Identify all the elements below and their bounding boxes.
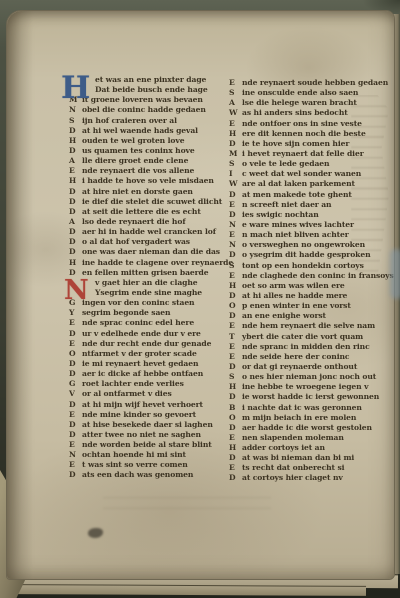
line-initial-letter: N xyxy=(69,105,82,115)
text-column-left: et was an ene pinxter dageDat beide busc… xyxy=(69,75,229,481)
line-text: aer hi in hadde wel crancken lof xyxy=(82,227,216,236)
line-initial-letter: D xyxy=(69,359,82,369)
verse-line: Ontfarmet v der groter scade xyxy=(69,349,229,359)
line-text: ts recht dat onberecht si xyxy=(242,463,344,472)
verse-line: Nobel die coninc hadde gedaen xyxy=(69,105,229,115)
line-text: nde seide here der coninc xyxy=(242,352,349,361)
line-text: nde hem reynaert die selve nam xyxy=(242,321,375,330)
verse-line: Daer ic dicke af hebbe ontfaen xyxy=(69,369,229,379)
line-text: o nes hier nieman jonc noch out xyxy=(242,372,376,381)
line-initial-letter: O xyxy=(69,349,82,359)
line-initial-letter: D xyxy=(69,227,82,237)
line-text: it groene loveren was bevaen xyxy=(82,95,203,104)
verse-line: Hoet so arm was wilen ere xyxy=(229,281,397,291)
verse-line: Hine hadde te clagene over reynaerde xyxy=(69,258,229,268)
line-text: lse die helege waren bracht xyxy=(242,98,357,107)
line-text: ine onsculde ende also saen xyxy=(242,88,358,97)
line-initial-letter: V xyxy=(69,389,82,399)
verse-line: Dat hi mijn wijf hevet verhoert xyxy=(69,400,229,410)
line-initial-letter: N xyxy=(229,220,242,230)
verse-line: Et was sint so verre comen xyxy=(69,460,229,470)
line-initial-letter: O xyxy=(229,413,242,423)
line-text: nde ontfoer ons in sine veste xyxy=(242,119,362,128)
line-text: c weet dat wel sonder wanen xyxy=(242,169,361,178)
line-initial-letter: E xyxy=(69,440,82,450)
verse-line: v gaet hier an die claghe xyxy=(69,278,229,288)
line-text: nde mine kinder so gevoert xyxy=(82,410,196,419)
blue-initial-show-through xyxy=(390,249,400,299)
line-initial-letter: E xyxy=(229,342,242,352)
line-text: nen slapenden moleman xyxy=(242,433,344,442)
verse-line: Op enen winter in ene vorst xyxy=(229,301,397,311)
line-text: ouden te wel groten love xyxy=(82,136,184,145)
verse-line: Daer hadde ic die worst gestolen xyxy=(229,423,397,433)
line-text: segrim begonde saen xyxy=(82,308,170,317)
line-text: nde reynaert die vos allene xyxy=(82,166,194,175)
line-text: at hi alles ne hadde mere xyxy=(242,291,347,300)
line-initial-letter: D xyxy=(229,473,242,483)
line-text: nde spranc in midden den rinc xyxy=(242,342,370,351)
line-initial-letter: D xyxy=(69,187,82,197)
verse-line: Dat hire niet en dorste gaen xyxy=(69,187,229,197)
line-text: ies swigic nochtan xyxy=(242,210,319,219)
line-text: at hi mijn wijf hevet verhoert xyxy=(82,400,203,409)
verse-line: Nochtan hoende hi mi sint xyxy=(69,450,229,460)
line-initial-letter: S xyxy=(229,261,242,271)
verse-line: Dat cortoys hier claget nv xyxy=(229,473,397,483)
line-text: m mijn beiach in ere molen xyxy=(242,413,356,422)
verse-line: Dat seit die lettere die es echt xyxy=(69,207,229,217)
verse-line: Datter twee no niet ne saghen xyxy=(69,430,229,440)
verse-line: Hi hadde te hove so vele misdaen xyxy=(69,176,229,186)
line-initial-letter: N xyxy=(229,240,242,250)
verse-line: Ende sprac coninc edel here xyxy=(69,318,229,328)
verse-line: Houden te wel groten love xyxy=(69,136,229,146)
line-text: obel die coninc hadde gedaen xyxy=(82,105,206,114)
line-initial-letter: H xyxy=(229,443,242,453)
verse-line: Do al dat hof vergadert was xyxy=(69,237,229,247)
line-initial-letter: D xyxy=(69,470,82,480)
line-text: at cortoys hier claget nv xyxy=(242,473,343,482)
line-initial-letter: D xyxy=(69,329,82,339)
line-text: ere dit kennen noch die beste xyxy=(242,129,366,138)
line-initial-letter: A xyxy=(69,217,82,227)
verse-line: Dor dat gi reynaerde onthout xyxy=(229,362,397,372)
line-initial-letter: D xyxy=(229,139,242,149)
line-initial-letter: E xyxy=(229,321,242,331)
line-text: o versweghen no ongewroken xyxy=(242,240,365,249)
line-text: n mach niet bliven achter xyxy=(242,230,349,239)
line-initial-letter: D xyxy=(229,392,242,402)
verse-line: Ende spranc in midden den rinc xyxy=(229,342,397,352)
verse-line: Enen slapenden moleman xyxy=(229,433,397,443)
line-initial-letter: T xyxy=(229,332,242,342)
line-text: are al dat laken parkement xyxy=(242,179,355,188)
line-text: as hi anders sins bedocht xyxy=(242,108,348,117)
line-initial-letter: I xyxy=(229,169,242,179)
line-initial-letter: D xyxy=(229,311,242,321)
verse-line: Hadder cortoys iet an xyxy=(229,443,397,453)
line-text: oet so arm was wilen ere xyxy=(242,281,345,290)
line-initial-letter: E xyxy=(229,78,242,88)
line-text: nde worden beide al stare blint xyxy=(82,440,212,449)
verse-line: Dat hise besekede daer si laghen xyxy=(69,420,229,430)
line-initial-letter: S xyxy=(69,116,82,126)
line-initial-letter: D xyxy=(229,423,242,433)
verse-line: Den fellen mitten grisen baerde xyxy=(69,268,229,278)
line-initial-letter: A xyxy=(229,98,242,108)
line-text: ntfarmet v der groter scade xyxy=(82,349,197,358)
verse-line: Ysegrim ende sine maghe xyxy=(69,288,229,298)
line-initial-letter: H xyxy=(229,382,242,392)
line-text: at hi wel waende hads geval xyxy=(82,126,198,135)
line-text: an ene enighe worst xyxy=(242,311,326,320)
line-initial-letter: H xyxy=(69,176,82,186)
line-initial-letter: B xyxy=(229,403,242,413)
line-initial-letter: D xyxy=(69,420,82,430)
line-initial-letter: E xyxy=(69,410,82,420)
line-text: adder cortoys iet an xyxy=(242,443,325,452)
line-text: lso dede reynaert die hof xyxy=(82,217,186,226)
line-initial-letter: E xyxy=(229,200,242,210)
verse-line: Ende hem reynaert die selve nam xyxy=(229,321,397,331)
verse-line: Done was daer nieman dan die das xyxy=(69,247,229,257)
show-through-text-bottom-margin xyxy=(103,497,271,517)
line-initial-letter: H xyxy=(69,136,82,146)
line-text: atter twee no niet ne saghen xyxy=(82,430,201,439)
line-text: at men makede tote ghent xyxy=(242,190,352,199)
verse-line: Alle diere groet ende clene xyxy=(69,156,229,166)
verse-line: Dus quamen tes coninx hove xyxy=(69,146,229,156)
line-initial-letter: O xyxy=(229,301,242,311)
line-text: e ware mines wives lachter xyxy=(242,220,354,229)
line-text: i nachte dat ic was geronnen xyxy=(242,403,362,412)
verse-line: Die worst hadde ic ierst gewonnen xyxy=(229,392,397,402)
verse-line: Mit groene loveren was bevaen xyxy=(69,95,229,105)
verse-line: Ende seide here der coninc xyxy=(229,352,397,362)
line-text: i hadde te hove so vele misdaen xyxy=(82,176,214,185)
verse-line: Ende reynaert die vos allene xyxy=(69,166,229,176)
line-initial-letter: E xyxy=(229,433,242,443)
line-text: ur v edelhede ende dur v ere xyxy=(82,329,201,338)
verse-line: Ysegrim begonde saen xyxy=(69,308,229,318)
line-initial-letter: N xyxy=(69,450,82,460)
verse-line: Dat hi wel waende hads geval xyxy=(69,126,229,136)
line-initial-letter: H xyxy=(229,281,242,291)
line-initial-letter: D xyxy=(229,453,242,463)
verse-line: So nes hier nieman jonc noch out xyxy=(229,372,397,382)
line-text: ats een dach was genomen xyxy=(82,470,193,479)
line-text: t was sint so verre comen xyxy=(82,460,188,469)
verse-line: Dat was bi nieman dan bi mi xyxy=(229,453,397,463)
page-stack-bottom-edge-2 xyxy=(16,584,366,596)
ink-blot xyxy=(88,528,103,538)
line-initial-letter: E xyxy=(229,463,242,473)
line-initial-letter: E xyxy=(69,460,82,470)
line-initial-letter: E xyxy=(229,352,242,362)
verse-line: Hine hebbe te wroegene iegen v xyxy=(229,382,397,392)
drop-cap-blue-H: H xyxy=(61,73,90,103)
line-initial-letter: M xyxy=(229,149,242,159)
line-text: aer ic dicke af hebbe ontfaen xyxy=(82,369,203,378)
line-initial-letter: D xyxy=(69,207,82,217)
line-initial-letter: D xyxy=(229,210,242,220)
line-initial-letter: H xyxy=(229,129,242,139)
line-text: at seit die lettere die es echt xyxy=(82,207,201,216)
line-text: nde dur recht ende dur genade xyxy=(82,339,211,348)
line-text: ie te hove sijn comen hier xyxy=(242,139,349,148)
line-initial-letter: S xyxy=(229,159,242,169)
verse-line: Sijn hof craieren over al xyxy=(69,116,229,126)
line-text: nde sprac coninc edel here xyxy=(82,318,194,327)
line-initial-letter: E xyxy=(229,271,242,281)
line-text: ochtan hoende hi mi sint xyxy=(82,450,186,459)
line-initial-letter: D xyxy=(69,126,82,136)
line-text: at was bi nieman dan bi mi xyxy=(242,453,354,462)
manuscript-photo: et was an ene pinxter dageDat beide busc… xyxy=(0,0,400,598)
line-text: nde reynaert soude hebben gedaen xyxy=(242,78,388,87)
line-text: ine hebbe te wroegene iegen v xyxy=(242,382,368,391)
line-initial-letter: E xyxy=(229,230,242,240)
verse-line: Dan ene enighe worst xyxy=(229,311,397,321)
verse-line: et was an ene pinxter dage xyxy=(69,75,229,85)
verse-line: Ende worden beide al stare blint xyxy=(69,440,229,450)
line-text: en fellen mitten grisen baerde xyxy=(82,268,208,277)
line-text: us quamen tes coninx hove xyxy=(82,146,195,155)
line-initial-letter: E xyxy=(69,318,82,328)
verse-line: Die mi reynaert hevet gedaen xyxy=(69,359,229,369)
verse-line: Dat beide busch ende hage xyxy=(69,85,229,95)
line-initial-letter: D xyxy=(69,146,82,156)
verse-line: Ets recht dat onberecht si xyxy=(229,463,397,473)
line-text: or al ontfarmet v dies xyxy=(82,389,172,398)
verse-line: Om mijn beiach in ere molen xyxy=(229,413,397,423)
line-initial-letter: D xyxy=(69,247,82,257)
line-initial-letter: W xyxy=(229,108,242,118)
verse-line: Dur v edelhede ende dur v ere xyxy=(69,329,229,339)
line-text: lle diere groet ende clene xyxy=(82,156,188,165)
line-initial-letter: D xyxy=(69,237,82,247)
verse-line: Ende dur recht ende dur genade xyxy=(69,339,229,349)
line-initial-letter: D xyxy=(229,291,242,301)
line-text: ingen vor den coninc staen xyxy=(82,298,194,307)
line-initial-letter: Y xyxy=(69,308,82,318)
line-initial-letter: E xyxy=(69,339,82,349)
verse-line: Bi nachte dat ic was geronnen xyxy=(229,403,397,413)
manuscript-page: et was an ene pinxter dageDat beide busc… xyxy=(6,10,395,580)
line-initial-letter: D xyxy=(229,250,242,260)
verse-line: Also dede reynaert die hof xyxy=(69,217,229,227)
line-text: i hevet reynaert dat felle dier xyxy=(242,149,364,158)
line-text: ie mi reynaert hevet gedaen xyxy=(82,359,198,368)
line-text: at hire niet en dorste gaen xyxy=(82,187,193,196)
verse-line: Gingen vor den coninc staen xyxy=(69,298,229,308)
line-text: or dat gi reynaerde onthout xyxy=(242,362,357,371)
line-text: p enen winter in ene vorst xyxy=(242,301,351,310)
line-initial-letter: A xyxy=(69,156,82,166)
line-text: roet lachter ende verlies xyxy=(82,379,184,388)
line-initial-letter: H xyxy=(69,258,82,268)
line-text: o al dat hof vergadert was xyxy=(82,237,190,246)
line-initial-letter: D xyxy=(69,430,82,440)
line-text: n screeft niet daer an xyxy=(242,200,331,209)
line-initial-letter: D xyxy=(69,400,82,410)
line-initial-letter: G xyxy=(69,379,82,389)
verse-line: Ende mine kinder so gevoert xyxy=(69,410,229,420)
line-initial-letter: D xyxy=(229,190,242,200)
verse-line: Tybert die cater die vort quam xyxy=(229,332,397,342)
line-initial-letter: S xyxy=(229,372,242,382)
verse-line: Dats een dach was genomen xyxy=(69,470,229,480)
verse-line: Groet lachter ende verlies xyxy=(69,379,229,389)
line-initial-letter: E xyxy=(69,166,82,176)
line-text: at hise besekede daer si laghen xyxy=(82,420,213,429)
line-initial-letter: D xyxy=(69,369,82,379)
line-text: one was daer nieman dan die das xyxy=(82,247,220,256)
verse-line: Daer hi in hadde wel crancken lof xyxy=(69,227,229,237)
line-text: aer hadde ic die worst gestolen xyxy=(242,423,372,432)
line-initial-letter: W xyxy=(229,179,242,189)
line-text: tont op een hondekin cortoys xyxy=(242,261,364,270)
verse-line: Die dief die stelet die scuwet dlicht xyxy=(69,197,229,207)
line-text: o vele te lede gedaen xyxy=(242,159,329,168)
verse-line: Vor al ontfarmet v dies xyxy=(69,389,229,399)
gutter-shadow xyxy=(7,11,33,579)
line-text: ie dief die stelet die scuwet dlicht xyxy=(82,197,222,206)
verse-line: Dat hi alles ne hadde mere xyxy=(229,291,397,301)
line-initial-letter: E xyxy=(229,119,242,129)
line-initial-letter: D xyxy=(69,197,82,207)
verse-line: Ende reynaert soude hebben gedaen xyxy=(229,78,397,88)
line-initial-letter: D xyxy=(229,362,242,372)
line-text: ijn hof craieren over al xyxy=(82,116,177,125)
line-text: ie worst hadde ic ierst gewonnen xyxy=(242,392,379,401)
drop-cap-red-N: N xyxy=(64,278,89,304)
line-initial-letter: S xyxy=(229,88,242,98)
line-text: ybert die cater die vort quam xyxy=(242,332,363,341)
line-text: ine hadde te clagene over reynaerde xyxy=(82,258,233,267)
